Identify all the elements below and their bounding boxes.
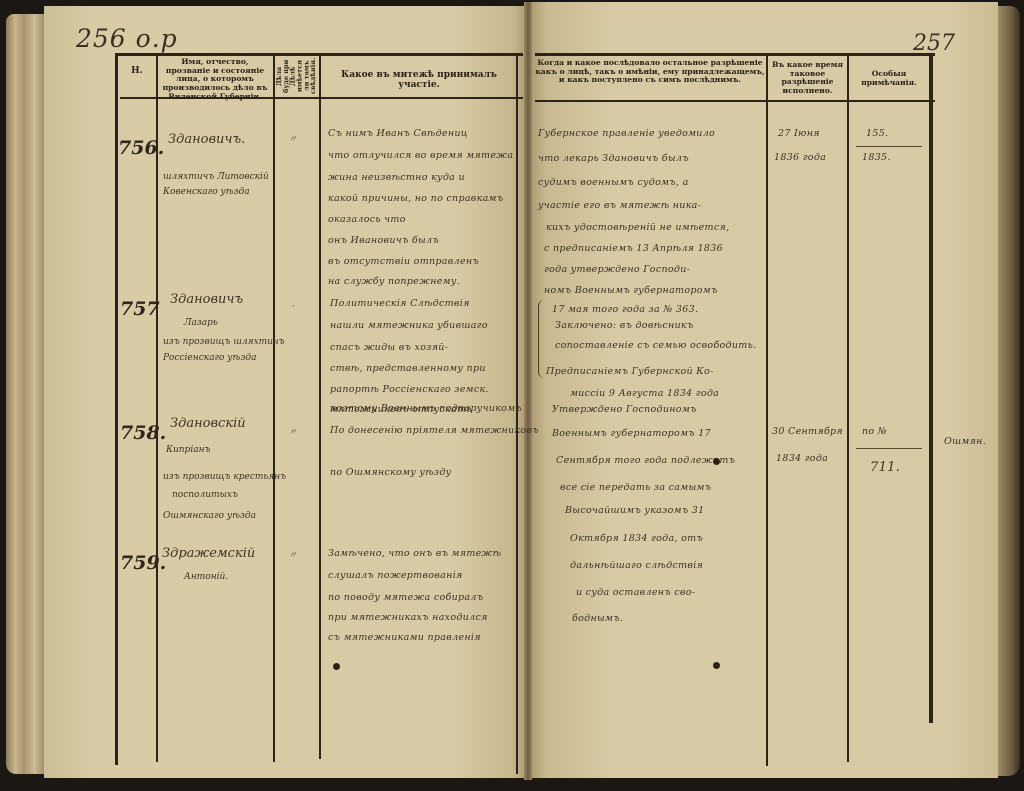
decision-line: кихъ удостовѣреній не имѣется,	[546, 222, 729, 233]
when-line: 1836 года	[774, 152, 826, 163]
when-line: 30 Сентября	[772, 426, 843, 437]
entry-status: Россіенскаго уѣзда	[163, 353, 256, 363]
decision-line: что лекарь Здановичъ былъ	[538, 153, 689, 164]
margin-bracket	[538, 300, 545, 378]
participation-line: слушалъ пожертвованія	[328, 570, 463, 581]
decision-line: Губернское правленіе уведомило	[538, 128, 715, 139]
book-gutter	[524, 2, 532, 780]
entry-status: шляхтичъ Литовскій	[163, 172, 269, 182]
participation-line: что отлучился во время мятежа	[328, 150, 513, 161]
entry-mark: 〃	[288, 425, 297, 438]
entry-number: 758.	[120, 422, 166, 444]
participation-line: оказалось что	[328, 214, 406, 225]
entry-status: изъ прозвищъ шляхтичъ	[163, 337, 285, 347]
decision-line: судимъ военнымъ судомъ, а	[538, 177, 689, 188]
header-bottom-rule-right	[535, 100, 935, 102]
participation-line: по поводу мятежа собиралъ	[328, 592, 483, 603]
entry-name: Здановичъ	[170, 292, 243, 307]
participation-line: По донесенію пріятеля мятежниковъ	[330, 425, 539, 436]
col-divider-4	[516, 56, 518, 774]
entry-status: Ошмянскаго уѣзда	[163, 511, 256, 521]
decision-line: Сентября того года подлежитъ	[556, 455, 735, 466]
decision-line: участіе его въ мятежѣ ника-	[538, 200, 701, 211]
header-decision: Когда и какое послѣдовало остальное разр…	[534, 59, 766, 85]
entry-number: 757	[120, 298, 160, 320]
header-vertical: Дѣла буде при Дѣлѣ имѣется ли тамъ свѣдѣ…	[276, 57, 316, 95]
paper-hole	[333, 663, 340, 670]
entry-number: 756.	[118, 137, 164, 159]
decision-line: с предписаніемъ 13 Апрѣля 1836	[544, 243, 723, 254]
participation-line: въ отсутствіи отправленъ	[328, 256, 479, 267]
participation-line: по Ошмянскому уѣзду	[330, 467, 452, 478]
paper-hole	[713, 662, 720, 669]
decision-line: Заключено: въ довѣсникъ	[555, 320, 694, 331]
frame-right-rule	[929, 53, 933, 723]
notes-line: 1835.	[862, 152, 891, 163]
decision-line: боднымъ.	[572, 613, 623, 624]
decision-line: миссіи 9 Августа 1834 года	[570, 388, 719, 399]
participation-line: Съ нимъ Иванъ Свѣдениц	[328, 128, 468, 139]
decision-line: Предписаніемъ Губернской Ко-	[546, 366, 713, 377]
decision-line: Военнымъ губернаторомъ 17	[552, 428, 711, 439]
col-divider-5	[766, 56, 768, 766]
participation-line: рапортѣ Россіенскаго земск.	[330, 384, 489, 395]
participation-line: на службу попрежнему.	[328, 276, 460, 287]
entry-status: изъ прозвищъ крестьянъ	[163, 472, 286, 482]
notes-underline	[856, 146, 922, 147]
entry-status: Антоній.	[184, 572, 228, 582]
notes-underline	[856, 448, 922, 449]
notes-line: по №	[862, 426, 887, 437]
participation-line: спасъ жиды въ хозяй-	[330, 342, 448, 353]
participation-line: Замѣчено, что онъ въ мятежѣ	[328, 548, 501, 559]
header-notes: Особыя примѣчанія.	[849, 70, 929, 87]
participation-line: при мятежникахъ находился	[328, 612, 488, 623]
decision-line: сопоставленіе съ семью освободить.	[555, 340, 756, 351]
col-divider-2	[273, 56, 275, 762]
entry-name: Здановичъ.	[168, 132, 245, 147]
header-participation: Какое въ митежѣ принималъ участіе.	[322, 70, 516, 91]
participation-line: какой причины, но по справкамъ	[328, 193, 503, 204]
paper-hole	[713, 458, 720, 465]
header-when: Въ какое время таковое разрѣшеніе исполн…	[768, 61, 847, 96]
decision-line: Утверждено Господиномъ	[552, 404, 697, 415]
margin-note: Ошмян.	[944, 436, 986, 447]
when-line: 27 Іюня	[778, 128, 820, 139]
entry-status: посполитыхъ	[172, 490, 238, 500]
notes-line: 711.	[870, 460, 900, 475]
decision-line: номъ Военнымъ губернаторомъ	[544, 285, 718, 296]
entry-status: Кипріанъ	[166, 445, 211, 455]
decision-line: и суда оставленъ сво-	[576, 587, 695, 598]
ledger-spread: 256 о.р 257 Н. Имя, отчество, прозваніе …	[0, 0, 1024, 791]
col-divider-1	[156, 56, 158, 762]
entry-name: Здражемскій	[162, 546, 255, 561]
entry-number: 759.	[120, 552, 166, 574]
entry-mark: ·	[292, 302, 295, 312]
header-top-rule-left	[118, 53, 523, 56]
entry-mark: 〃	[288, 132, 297, 145]
participation-line: жина неизвѣстно куда и	[328, 172, 465, 183]
col-divider-6	[847, 56, 849, 762]
decision-line: все сіе передать за самымъ	[560, 482, 711, 493]
header-top-rule-right	[535, 53, 935, 56]
notes-line: 155.	[866, 128, 888, 139]
decision-line: года утверждено Господи-	[544, 264, 690, 275]
header-name: Имя, отчество, прозваніе и состояніе лиц…	[158, 58, 272, 102]
participation-line: поэтому Военнымъ подпоручикомъ	[330, 403, 522, 414]
decision-line: дальнѣйшаго слѣдствія	[570, 560, 703, 571]
col-divider-3	[319, 56, 321, 759]
entry-status: Лазарь	[184, 318, 218, 328]
participation-line: нашли мятежника убившаго	[330, 320, 488, 331]
decision-line: Октября 1834 года, отъ	[570, 533, 703, 544]
participation-line: съ мятежниками правленія	[328, 632, 481, 643]
entry-name: Здановскій	[170, 416, 246, 431]
participation-line: ствѣ, представленному при	[330, 363, 486, 374]
folio-number-left: 256 о.р	[76, 24, 178, 53]
when-line: 1834 года	[776, 453, 828, 464]
participation-line: Политическія Слѣдствія	[330, 298, 470, 309]
decision-line: 17 мая того года за № 363.	[552, 304, 698, 315]
frame-left-rule	[115, 53, 118, 765]
decision-line: Высочайшимъ указомъ 31	[565, 505, 704, 516]
entry-status: Ковенскаго уѣзда	[163, 187, 250, 197]
entry-mark: 〃	[288, 548, 297, 561]
header-number: Н.	[118, 66, 156, 76]
participation-line: онъ Ивановичъ былъ	[328, 235, 439, 246]
